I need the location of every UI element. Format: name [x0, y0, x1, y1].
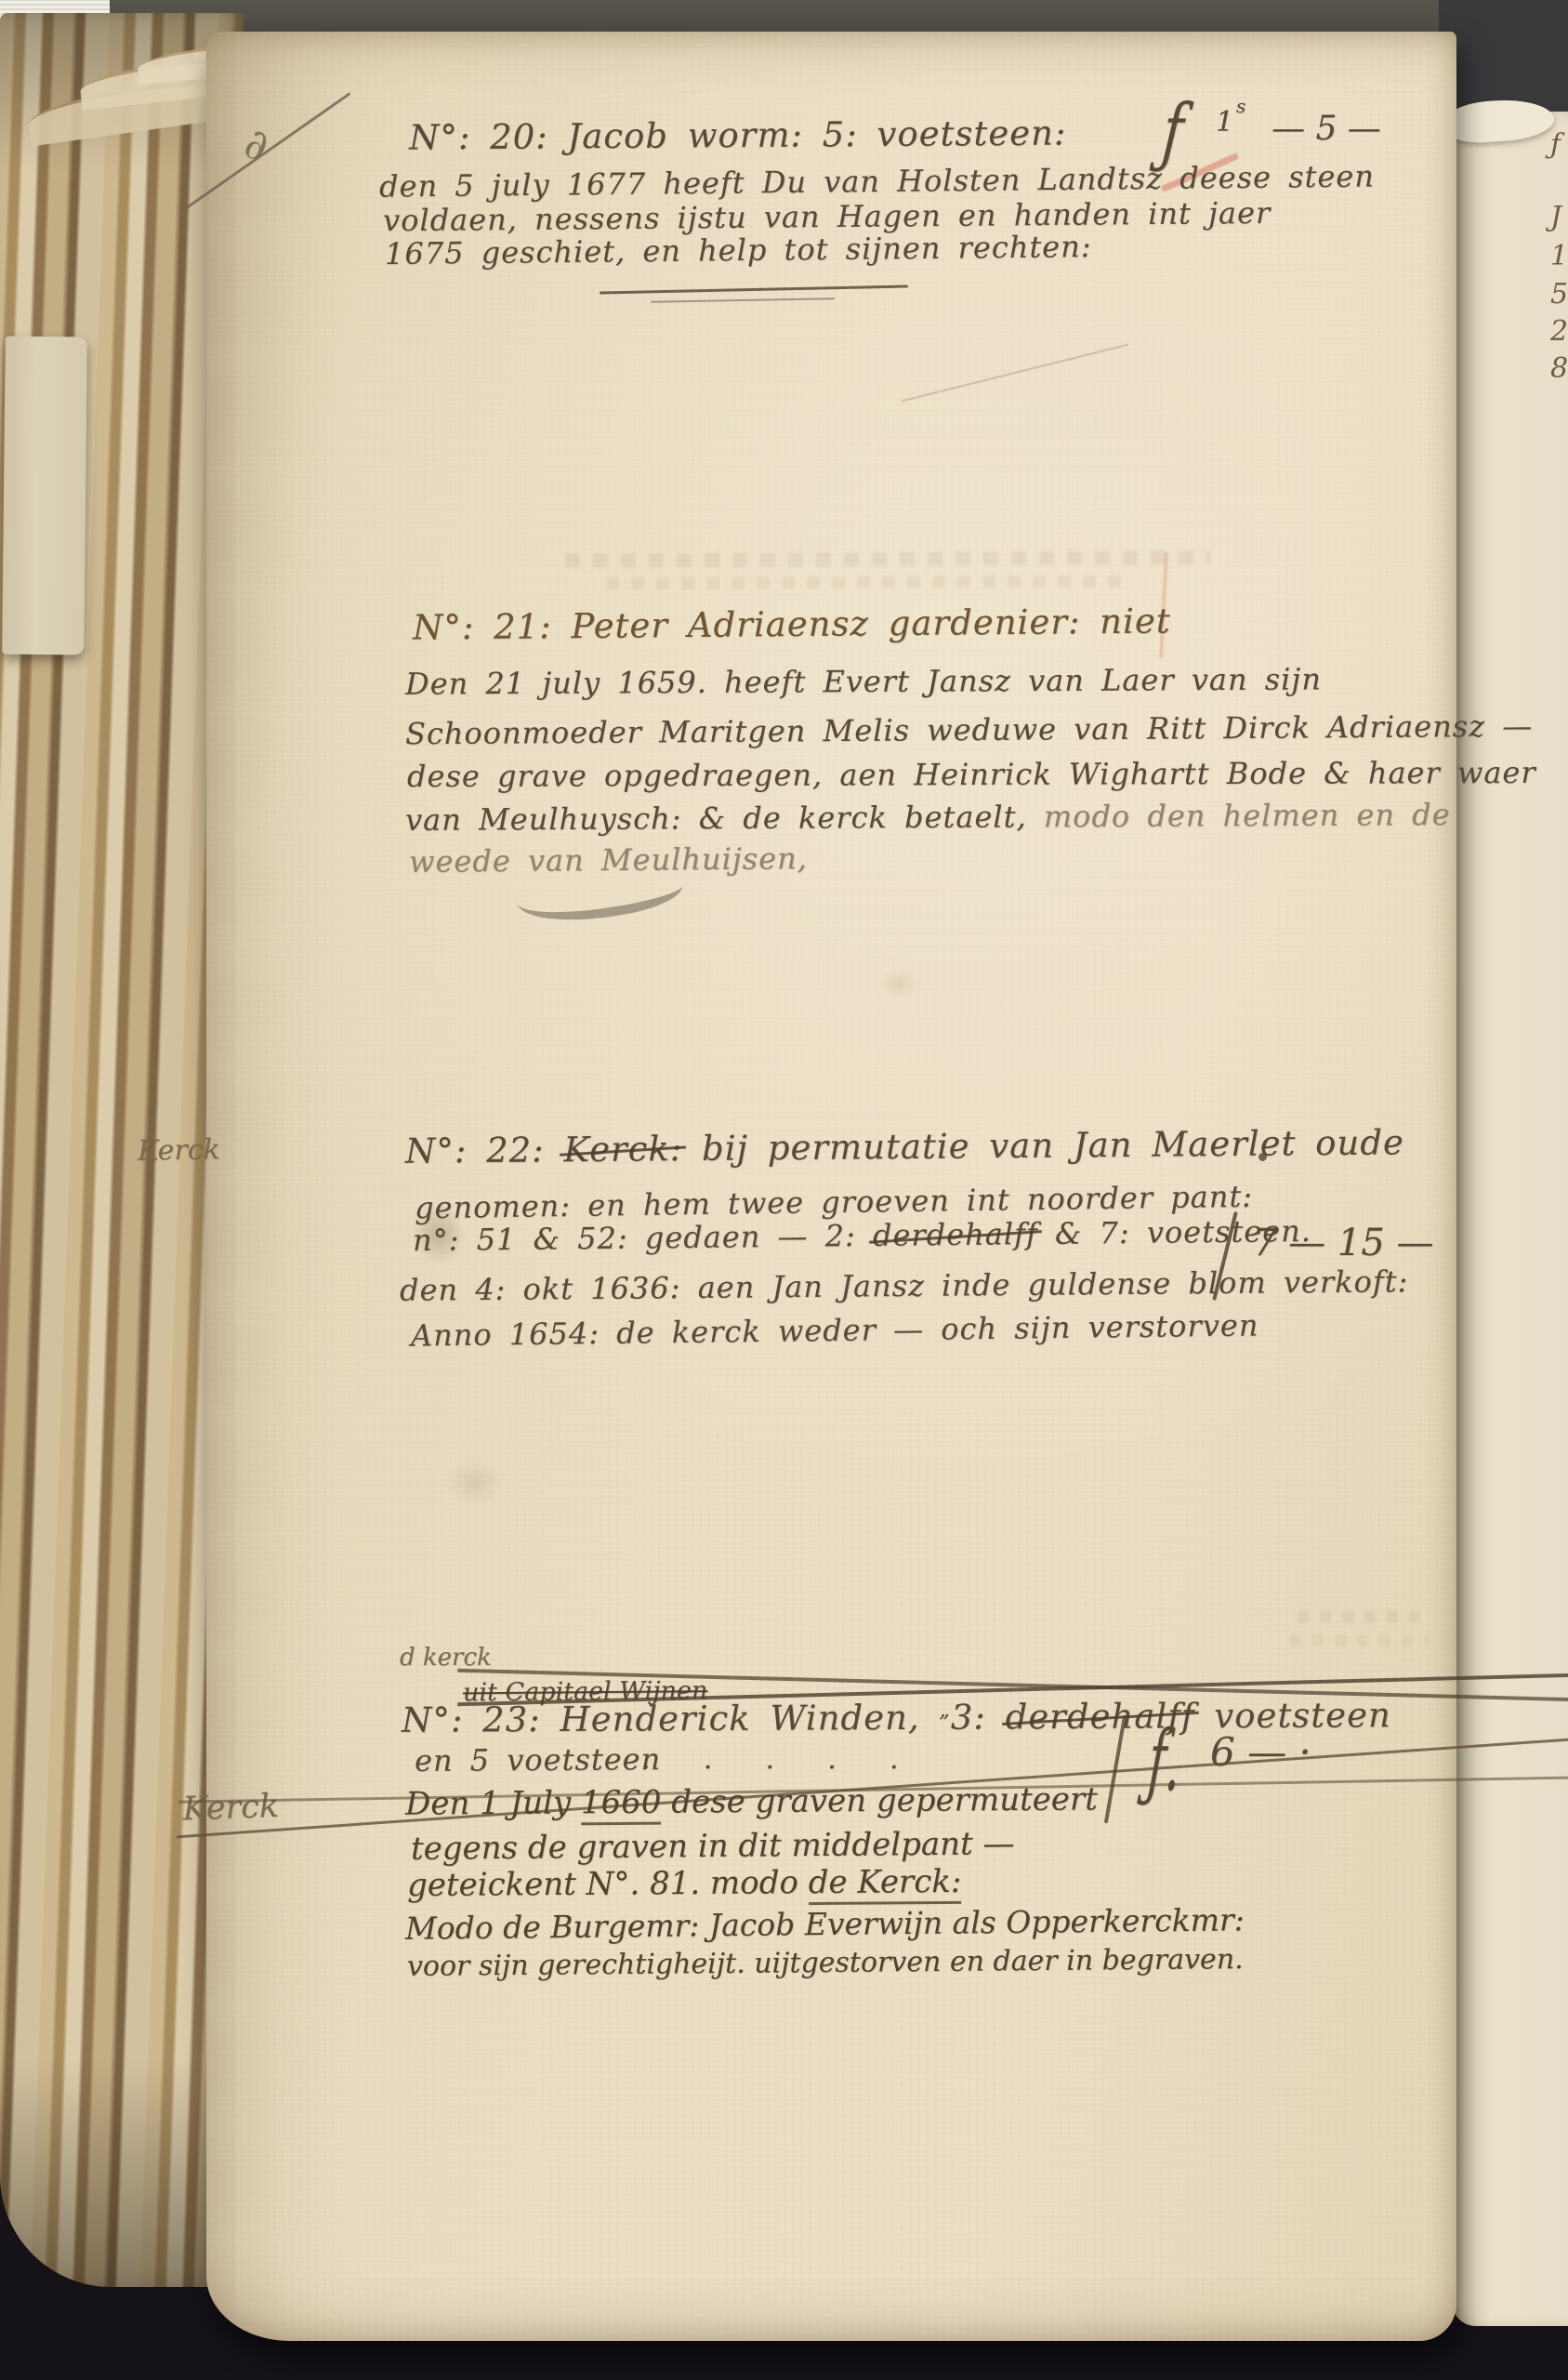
entry-23-line: geteickent N°. 81. modo de Kerck: — [407, 1863, 962, 1904]
paper-stain — [879, 969, 920, 998]
show-through-text — [1298, 1610, 1430, 1623]
entry-22-amount: 7 — 15 — — [1253, 1222, 1434, 1264]
entry-20-amount-value: 1 — [1216, 106, 1233, 139]
entry-23-amount-florin-sign: ƒ. — [1153, 1712, 1184, 1766]
edge-glyph: ƒ — [1550, 128, 1561, 161]
edge-glyph: 2 — [1550, 315, 1568, 348]
leader-dots: · · · · · — [641, 1752, 899, 1784]
entry-22-heading-post: bij permutatie van Jan Maerlet oude — [682, 1122, 1404, 1169]
manuscript-scan: ∂ N°: 20: Jacob worm: 5: voetsteen: ƒ 1 … — [0, 0, 1568, 2380]
entry-20-amount-superscript: s — [1236, 95, 1245, 117]
entry-22-margin-note: Kerck — [138, 1133, 220, 1168]
entry-21-line: Den 21 july 1659. heeft Evert Jansz van … — [405, 661, 1322, 701]
entry-21-line-faded: modo den helmen en de — [1044, 797, 1451, 834]
ink-dot — [1258, 1153, 1267, 1161]
entry-23-line-underlined: 1660 — [581, 1784, 662, 1826]
entry-23-line-post: dese graven gepermuteert — [661, 1780, 1098, 1820]
entry-23-line: Den 1 July 1660 dese graven gepermuteert — [405, 1780, 1098, 1822]
entry-23-line: en 5 voetsteen — [415, 1741, 661, 1778]
entry-22-line-pre: n°: 51 & 52: gedaen — 2: — [413, 1218, 873, 1258]
entry-23-line-pre: geteickent N°. 81. modo — [407, 1864, 809, 1904]
entry-20-line: 1675 geschiet, en help tot sijnen rechte… — [385, 229, 1092, 271]
show-through-text — [1290, 1634, 1430, 1646]
entry-23-line-pre: Den 1 July — [405, 1784, 581, 1822]
entry-22-heading-struck: Kerck: — [563, 1129, 682, 1170]
next-page-edge — [1452, 112, 1568, 2326]
entry-23-heading-mid: 3: — [951, 1697, 1006, 1737]
edge-glyph: 8 — [1550, 352, 1568, 385]
entry-20-amount-florin-sign: ƒ — [1167, 87, 1187, 151]
entry-21-heading: N°: 21: Peter Adriaensz gardenier: niet — [413, 601, 1171, 647]
paper-tab — [2, 337, 87, 655]
paper-stain — [446, 1460, 504, 1506]
entry-21-line: dese grave opgedraegen, aen Heinrick Wig… — [407, 755, 1536, 794]
insertion-caret: „ — [939, 1699, 951, 1722]
edge-glyph: 5 — [1550, 278, 1568, 311]
entry-21-line-normal: van Meulhuysch: & de kerck betaelt, — [405, 799, 1044, 838]
entry-22-heading-pre: N°: 22: — [405, 1130, 564, 1170]
entry-22-line-struck: derdehalff — [873, 1216, 1038, 1253]
entry-23-amount: 6 — · — [1210, 1729, 1311, 1775]
entry-23-line: tegens de graven in dit middelpant — — [411, 1825, 1015, 1868]
entry-20-heading: N°: 20: Jacob worm: 5: voetsteen: — [409, 113, 1067, 158]
edge-glyph: J — [1550, 201, 1561, 233]
entry-20-amount-rest: — 5 — — [1272, 110, 1381, 148]
entry-23-heading-pre: N°: 23: Henderick Winden, — [402, 1698, 940, 1740]
entry-21-line: van Meulhuysch: & de kerck betaelt, modo… — [405, 797, 1451, 838]
entry-23-margin-note: d kerck — [400, 1644, 492, 1672]
edge-glyph: 1 — [1550, 240, 1568, 272]
entry-23-line-underlined: de Kerck: — [809, 1863, 962, 1905]
